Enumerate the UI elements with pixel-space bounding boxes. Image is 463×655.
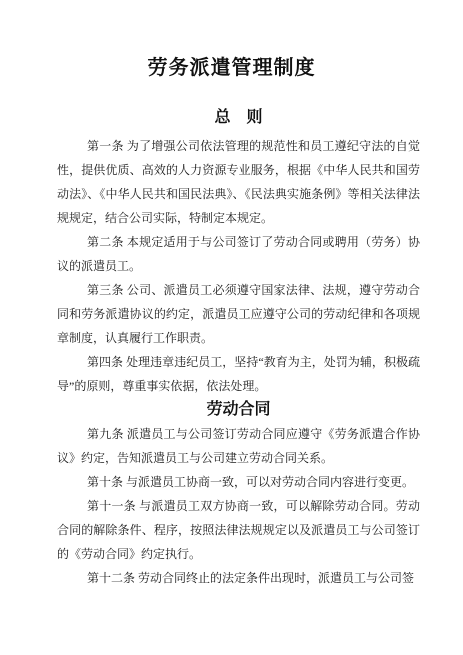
section-heading-general-provisions: 总 则 <box>57 106 420 130</box>
paragraph-article-12: 第十二条 劳动合同终止的法定条件出现时，派遣员工与公司签 <box>57 566 420 590</box>
paragraph-article-2: 第二条 本规定适用于与公司签订了劳动合同或聘用（劳务）协议的派遣员工。 <box>57 230 420 278</box>
paragraph-article-3: 第三条 公司、派遣员工必须遵守国家法律、法规，遵守劳动合同和劳务派遣协议的约定，… <box>57 278 420 350</box>
paragraph-article-9: 第九条 派遣员工与公司签订劳动合同应遵守《劳务派遣合作协议》约定，告知派遣员工与… <box>57 422 420 470</box>
section-heading-labor-contract: 劳动合同 <box>57 398 420 422</box>
document-title: 劳务派遣管理制度 <box>0 0 463 80</box>
paragraph-article-4: 第四条 处理违章违纪员工，坚持“教育为主，处罚为辅，积极疏导”的原则，尊重事实依… <box>57 350 420 398</box>
paragraph-article-1: 第一条 为了增强公司依法管理的规范性和员工遵纪守法的自觉性，提供优质、高效的人力… <box>57 134 420 230</box>
section-labor-contract-body: 第九条 派遣员工与公司签订劳动合同应遵守《劳务派遣合作协议》约定，告知派遣员工与… <box>57 422 420 590</box>
paragraph-article-11: 第十一条 与派遣员工双方协商一致，可以解除劳动合同。劳动合同的解除条件、程序，按… <box>57 494 420 566</box>
section-general-provisions-body: 第一条 为了增强公司依法管理的规范性和员工遵纪守法的自觉性，提供优质、高效的人力… <box>57 134 420 398</box>
paragraph-article-10: 第十条 与派遣员工协商一致，可以对劳动合同内容进行变更。 <box>57 470 420 494</box>
document-page: 劳务派遣管理制度 总 则 第一条 为了增强公司依法管理的规范性和员工遵纪守法的自… <box>0 0 463 655</box>
